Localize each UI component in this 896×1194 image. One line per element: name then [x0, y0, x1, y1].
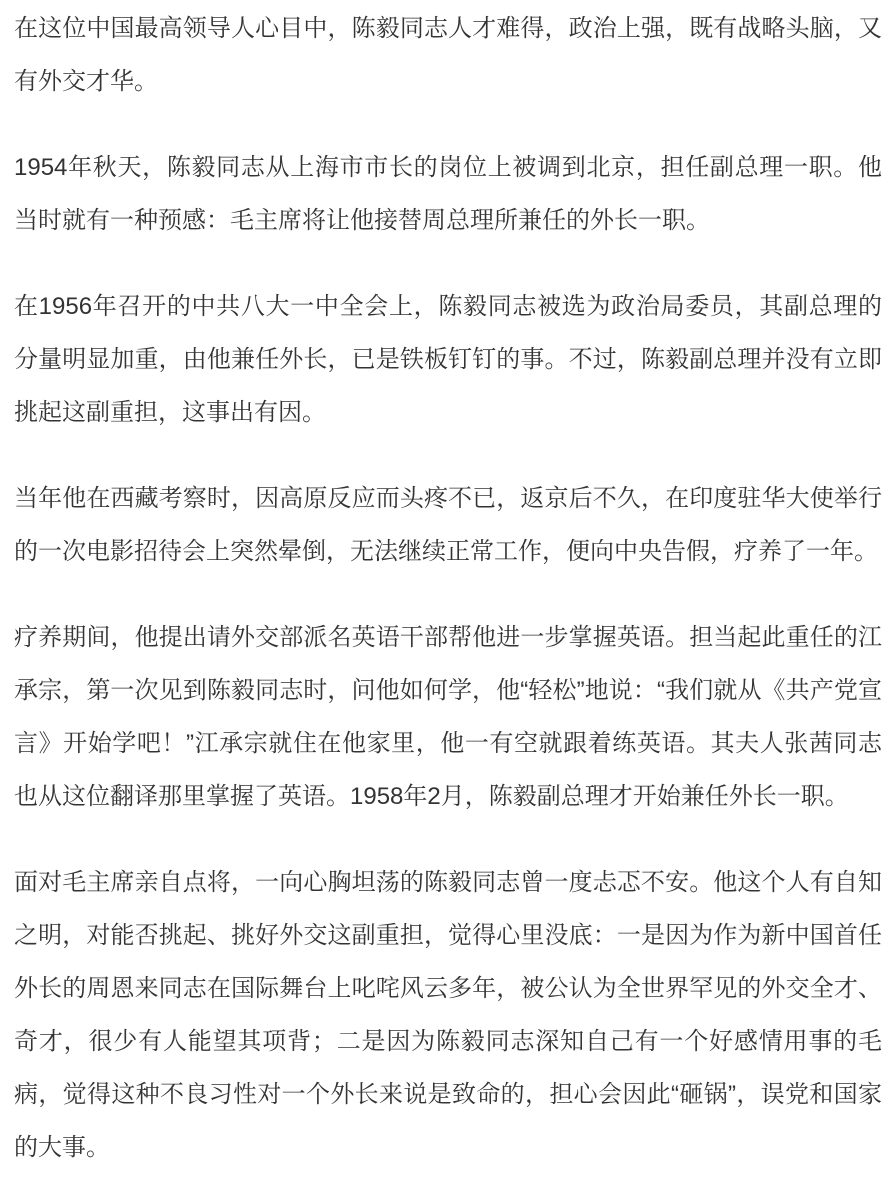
paragraph-2: 1954年秋天，陈毅同志从上海市市长的岗位上被调到北京，担任副总理一职。他当时就…	[14, 141, 882, 247]
paragraph-1: 在这位中国最高领导人心目中，陈毅同志人才难得，政治上强，既有战略头脑，又有外交才…	[14, 2, 882, 108]
article-body: 在这位中国最高领导人心目中，陈毅同志人才难得，政治上强，既有战略头脑，又有外交才…	[0, 0, 896, 1174]
paragraph-4: 当年他在西藏考察时，因高原反应而头疼不已，返京后不久，在印度驻华大使举行的一次电…	[14, 472, 882, 578]
paragraph-5: 疗养期间，他提出请外交部派名英语干部帮他进一步掌握英语。担当起此重任的江承宗，第…	[14, 611, 882, 823]
paragraph-6: 面对毛主席亲自点将，一向心胸坦荡的陈毅同志曾一度忐忑不安。他这个人有自知之明，对…	[14, 856, 882, 1174]
paragraph-3: 在1956年召开的中共八大一中全会上，陈毅同志被选为政治局委员，其副总理的分量明…	[14, 280, 882, 439]
